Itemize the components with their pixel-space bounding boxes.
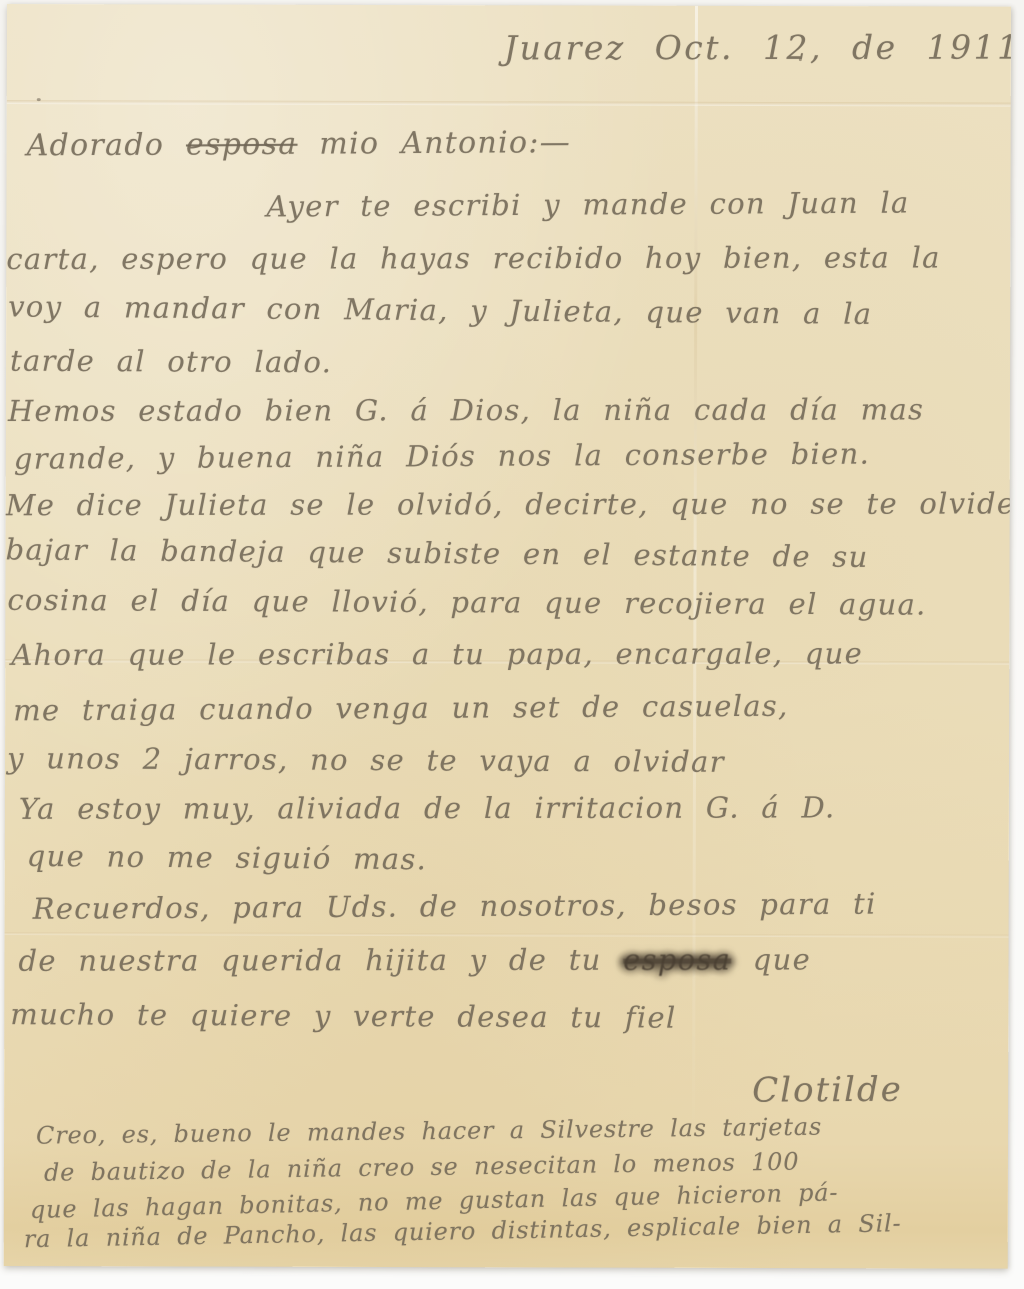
horizontal-fold-crease <box>7 100 1011 107</box>
letter-line: tarde al otro lado. <box>10 344 332 380</box>
letter-line: mucho te quiere y verte desea tu fiel <box>10 997 676 1034</box>
letter-line: voy a mandar con Maria, y Julieta, que v… <box>8 289 872 331</box>
letter-page: Juarez Oct. 12, de 1911 Adorado esposa m… <box>4 4 1011 1269</box>
smudged-word: esposa <box>623 943 731 977</box>
letter-line: me traiga cuando venga un set de casuela… <box>13 689 789 728</box>
letter-line: Ya estoy muy, aliviada de la irritacion … <box>19 790 836 825</box>
signature: Clotilde <box>752 1070 903 1111</box>
salutation-text: mio Antonio:— <box>297 125 571 162</box>
closing-text: que <box>731 942 811 976</box>
postscript-line: Creo, es, bueno le mandes hacer a Silves… <box>36 1113 822 1150</box>
struck-word: esposa <box>186 127 298 163</box>
letter-line: cosina el día que llovió, para que recoj… <box>7 583 926 622</box>
salutation: Adorado esposa mio Antonio:— <box>27 125 572 163</box>
letter-line: Ayer te escribi y mande con Juan la <box>266 186 909 224</box>
letter-line: carta, espero que la hayas recibido hoy … <box>6 240 940 276</box>
letter-line: y unos 2 jarros, no se te vaya a olvidar <box>7 741 725 779</box>
pencil-speck <box>37 98 41 101</box>
letter-line: que no me siguió mas. <box>27 839 428 876</box>
horizontal-fold-crease <box>5 932 1009 938</box>
dateline: Juarez Oct. 12, de 1911 <box>504 28 1011 68</box>
letter-line: Hemos estado bien G. á Dios, la niña cad… <box>8 392 924 428</box>
salutation-text: Adorado <box>27 127 187 163</box>
letter-line: de nuestra querida hijita y de tu esposa… <box>18 942 811 977</box>
letter-line: bajar la bandeja que subiste en el estan… <box>5 532 868 574</box>
letter-line: grande, y buena niña Diós nos la conserb… <box>14 437 870 476</box>
letter-line: Ahora que le escribas a tu papa, encarga… <box>11 636 863 671</box>
closing-text: de nuestra querida hijita y de tu <box>18 943 623 978</box>
letter-line: Me dice Julieta se le olvidó, decirte, q… <box>6 486 1011 522</box>
scan-background: Juarez Oct. 12, de 1911 Adorado esposa m… <box>0 0 1024 1289</box>
letter-line: Recuerdos, para Uds. de nosotros, besos … <box>33 887 877 926</box>
